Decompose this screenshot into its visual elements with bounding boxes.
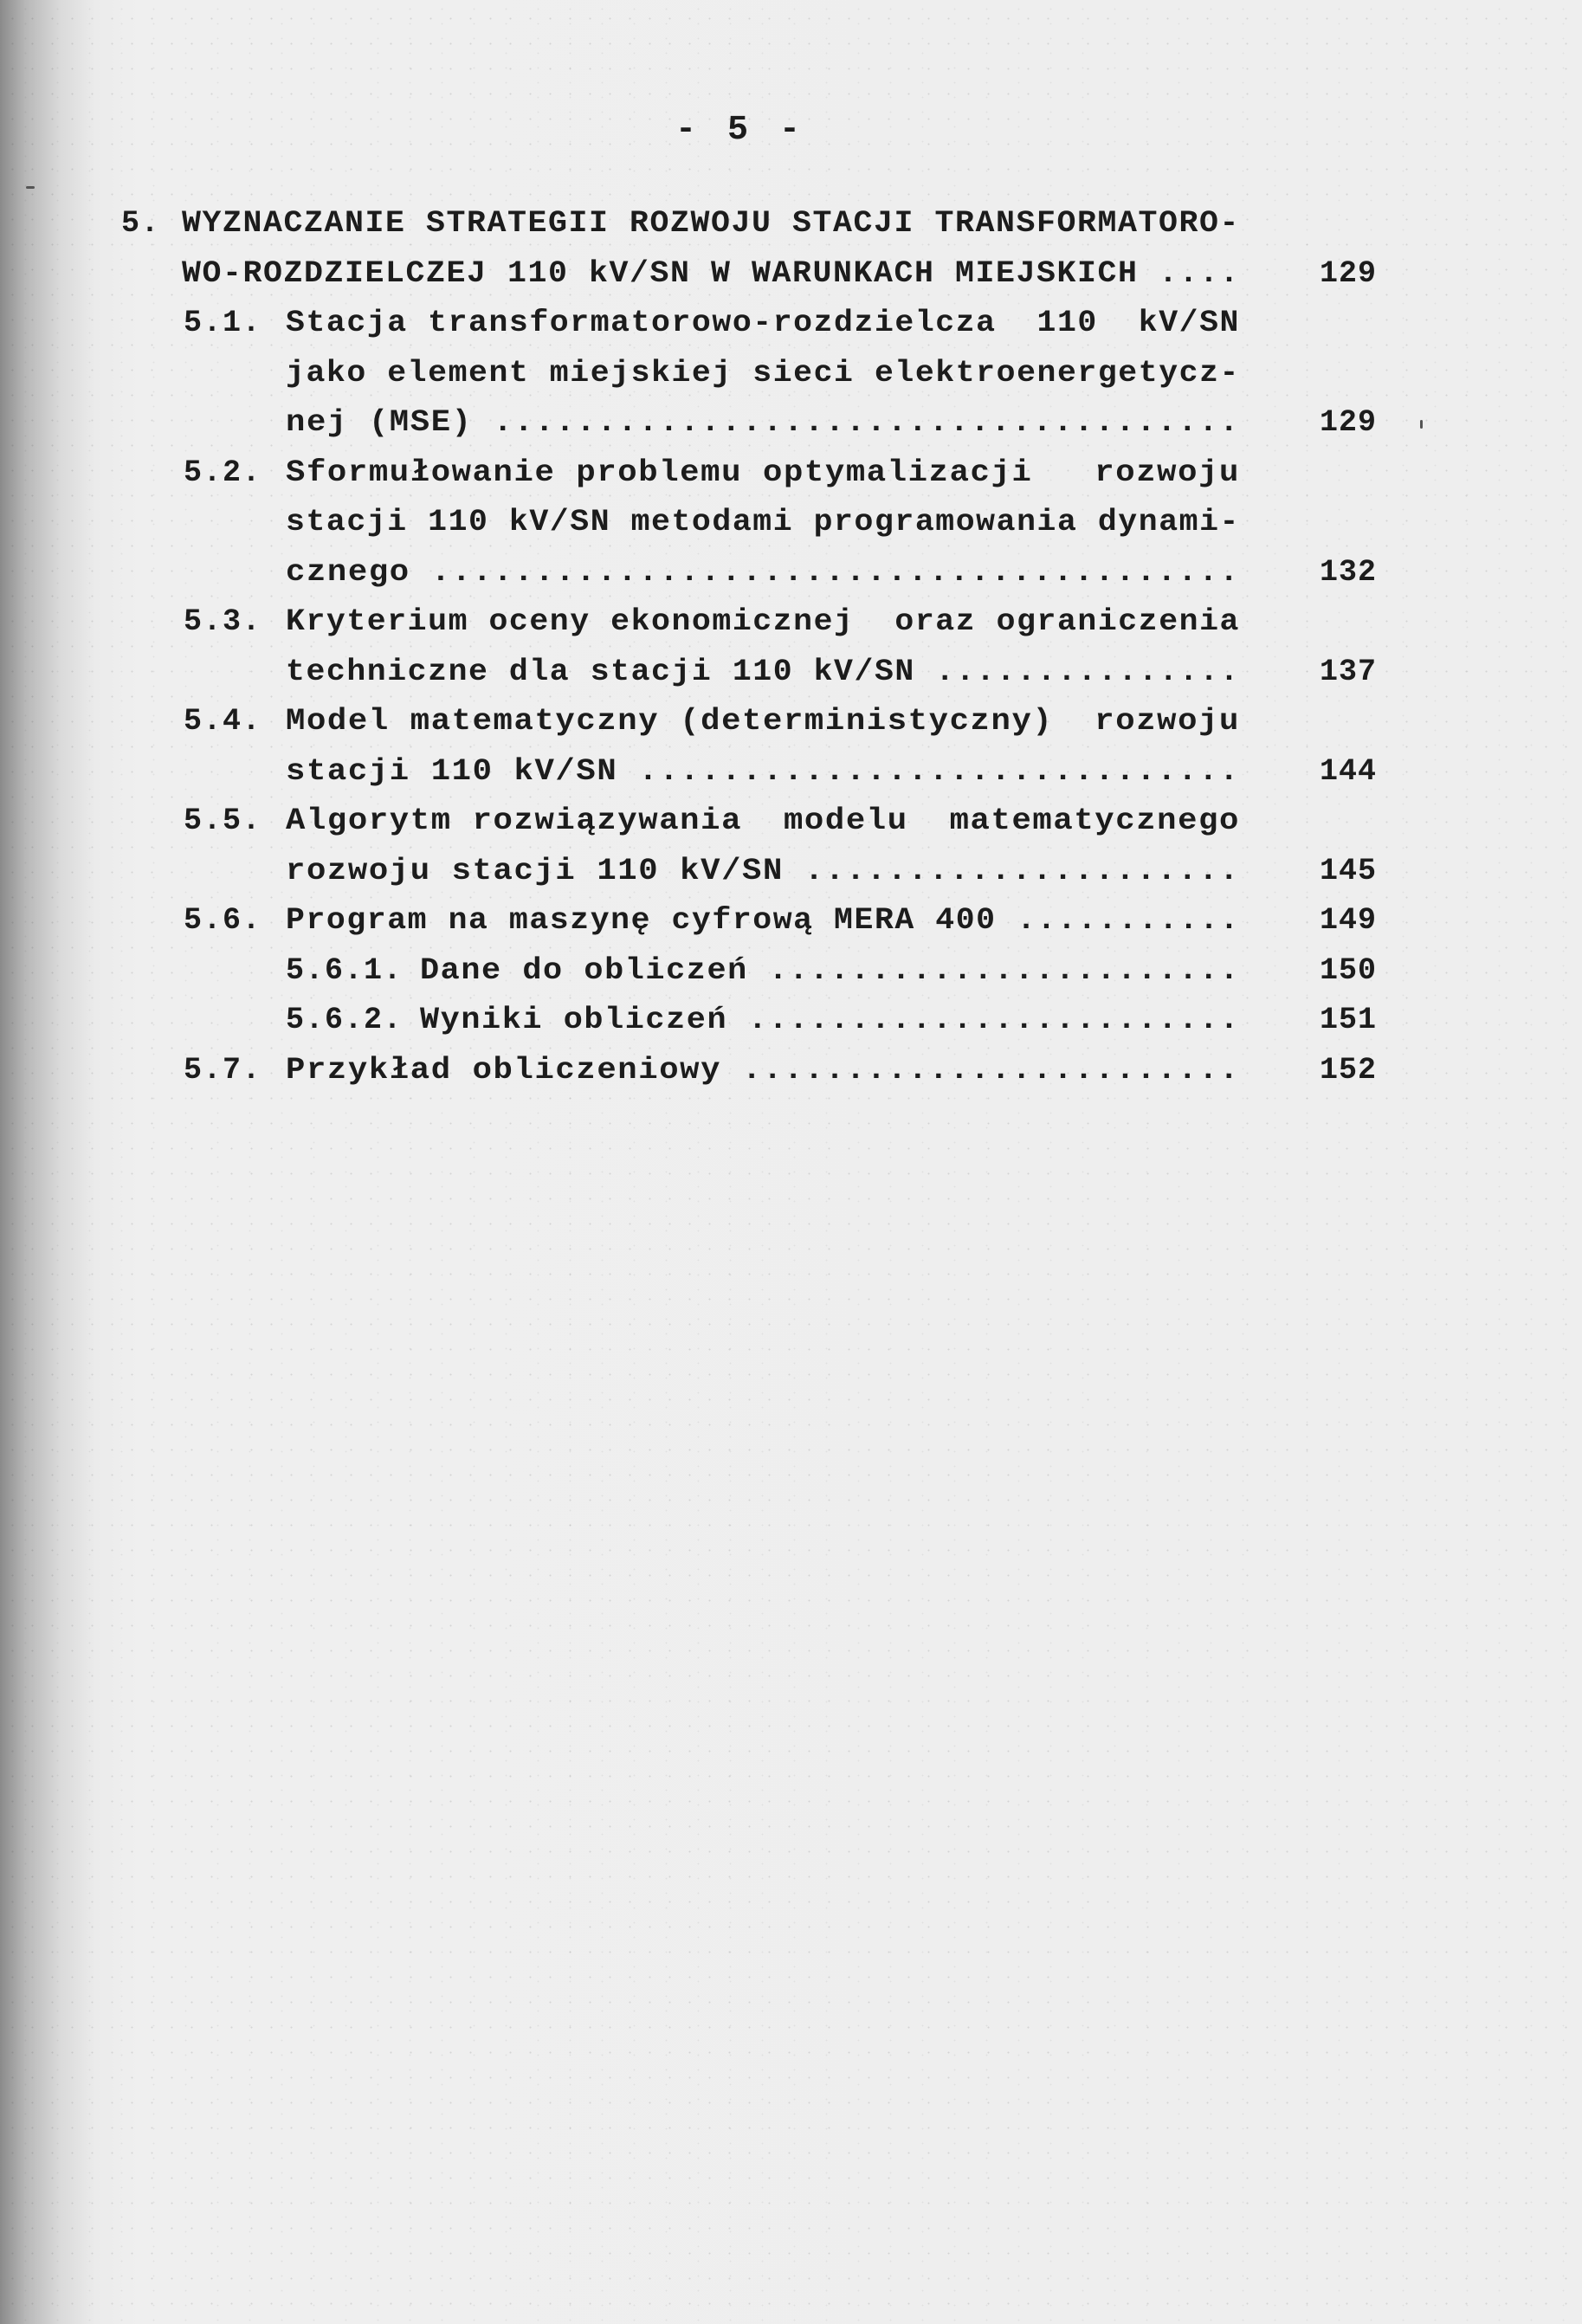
toc-entry-number: 5.6. — [184, 896, 262, 946]
toc-line: cznego .................................… — [0, 548, 1582, 597]
toc-page-number: 144 — [1312, 747, 1377, 797]
toc-entry-title: Model matematyczny (deterministyczny) ro… — [286, 697, 1240, 746]
toc-entry-number: 5. — [121, 199, 160, 249]
toc-entry-title: stacji 110 kV/SN .......................… — [286, 747, 1240, 797]
toc-line: 5.6.2.Wyniki obliczeń ..................… — [0, 996, 1582, 1045]
toc-page-number: 150 — [1312, 946, 1377, 996]
scanned-page: - 5 - 5.WYZNACZANIE STRATEGII ROZWOJU ST… — [0, 0, 1582, 2324]
toc-entry-title: stacji 110 kV/SN metodami programowania … — [286, 498, 1240, 547]
toc-line: 5.1.Stacja transformatorowo-rozdzielcza … — [0, 299, 1582, 348]
toc-line: 5.5.Algorytm rozwiązywania modelu matema… — [0, 797, 1582, 846]
toc-line: stacji 110 kV/SN metodami programowania … — [0, 498, 1582, 547]
toc-entry-title: Wyniki obliczeń ........................ — [420, 996, 1240, 1045]
toc-entry-title: Algorytm rozwiązywania modelu matematycz… — [286, 797, 1240, 846]
toc-entry-title: nej (MSE) ..............................… — [286, 398, 1240, 448]
toc-line: stacji 110 kV/SN .......................… — [0, 747, 1582, 797]
toc-page-number: 149 — [1312, 896, 1377, 946]
toc-entry-title: jako element miejskiej sieci elektroener… — [286, 349, 1240, 398]
toc-page-number: 129 — [1312, 249, 1377, 299]
toc-page-number: 145 — [1312, 847, 1377, 896]
page-number: - 5 - — [0, 111, 1481, 150]
toc-entry-title: Kryterium oceny ekonomicznej oraz ograni… — [286, 597, 1240, 647]
toc-line: 5.2.Sformułowanie problemu optymalizacji… — [0, 449, 1582, 498]
toc-page-number: 152 — [1312, 1046, 1377, 1095]
toc-page-number: 132 — [1312, 548, 1377, 597]
toc-line: techniczne dla stacji 110 kV/SN ........… — [0, 648, 1582, 697]
toc-entry-title: Dane do obliczeń ....................... — [420, 946, 1240, 996]
toc-line: 5.6.Program na maszynę cyfrową MERA 400 … — [0, 896, 1582, 946]
toc-page-number: 151 — [1312, 996, 1377, 1045]
toc-entry-title: Sformułowanie problemu optymalizacji roz… — [286, 449, 1240, 498]
toc-entry-number: 5.1. — [184, 299, 262, 348]
toc-entry-number: 5.7. — [184, 1046, 262, 1095]
scan-speck — [1420, 420, 1423, 429]
toc-line: jako element miejskiej sieci elektroener… — [0, 349, 1582, 398]
toc-entry-title: WYZNACZANIE STRATEGII ROZWOJU STACJI TRA… — [182, 199, 1240, 249]
toc-line: 5.7.Przykład obliczeniowy ..............… — [0, 1046, 1582, 1095]
toc-entry-title: cznego .................................… — [286, 548, 1240, 597]
toc-entry-number: 5.6.2. — [286, 996, 403, 1045]
toc-line: WO-ROZDZIELCZEJ 110 kV/SN W WARUNKACH MI… — [0, 249, 1582, 299]
toc-entry-title: WO-ROZDZIELCZEJ 110 kV/SN W WARUNKACH MI… — [182, 249, 1240, 299]
toc-page-number: 129 — [1312, 398, 1377, 448]
toc-line: 5.6.1.Dane do obliczeń .................… — [0, 946, 1582, 996]
toc-entry-number: 5.5. — [184, 797, 262, 846]
toc-entry-title: Program na maszynę cyfrową MERA 400 ....… — [286, 896, 1240, 946]
toc-line: nej (MSE) ..............................… — [0, 398, 1582, 448]
toc-entry-title: techniczne dla stacji 110 kV/SN ........… — [286, 648, 1240, 697]
toc-line: 5.3.Kryterium oceny ekonomicznej oraz og… — [0, 597, 1582, 647]
toc-entry-number: 5.2. — [184, 449, 262, 498]
toc-page-number: 137 — [1312, 648, 1377, 697]
toc-entry-number: 5.3. — [184, 597, 262, 647]
toc-entry-title: Stacja transformatorowo-rozdzielcza 110 … — [286, 299, 1240, 348]
scan-speck — [26, 186, 35, 189]
toc-line: 5.WYZNACZANIE STRATEGII ROZWOJU STACJI T… — [0, 199, 1582, 249]
toc-entry-number: 5.4. — [184, 697, 262, 746]
toc-line: 5.4.Model matematyczny (deterministyczny… — [0, 697, 1582, 746]
toc-entry-number: 5.6.1. — [286, 946, 403, 996]
toc-line: rozwoju stacji 110 kV/SN ...............… — [0, 847, 1582, 896]
toc-entry-title: Przykład obliczeniowy ..................… — [286, 1046, 1240, 1095]
toc-entry-title: rozwoju stacji 110 kV/SN ...............… — [286, 847, 1240, 896]
